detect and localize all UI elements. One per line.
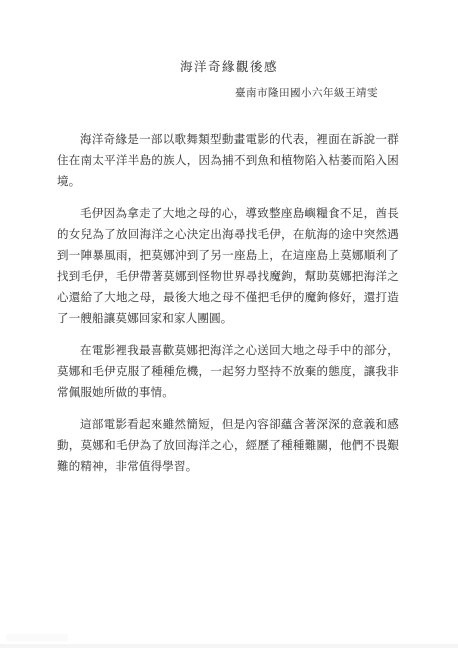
essay-paragraph-conclusion: 這部電影看起來雖然簡短，但是內容卻蘊含著深深的意義和感動，莫娜和毛伊為了放回海洋… — [57, 415, 399, 478]
essay-title: 海洋奇緣觀後感 — [0, 0, 458, 76]
document-page: 海洋奇緣觀後感 臺南市隆田國小六年級王靖雯 海洋奇緣是一部以歌舞類型動畫電影的代… — [0, 0, 458, 648]
essay-paragraph-plot: 毛伊因為拿走了大地之母的心，導致整座島嶼糧食不足，酋長的女兒為了放回海洋之心決定… — [57, 204, 399, 330]
essay-byline: 臺南市隆田國小六年級王靖雯 — [0, 86, 458, 101]
page-bottom-edge — [0, 644, 458, 648]
essay-paragraph-intro: 海洋奇緣是一部以歌舞類型動畫電影的代表，裡面在訴說一群住在南太平洋半島的族人，因… — [57, 130, 399, 193]
essay-body: 海洋奇緣是一部以歌舞類型動畫電影的代表，裡面在訴說一群住在南太平洋半島的族人，因… — [57, 130, 399, 478]
page-edge-artifact — [6, 634, 68, 641]
essay-paragraph-favorite-part: 在電影裡我最喜歡莫娜把海洋之心送回大地之母手中的部分，莫娜和毛伊克服了種種危機，… — [57, 341, 399, 404]
